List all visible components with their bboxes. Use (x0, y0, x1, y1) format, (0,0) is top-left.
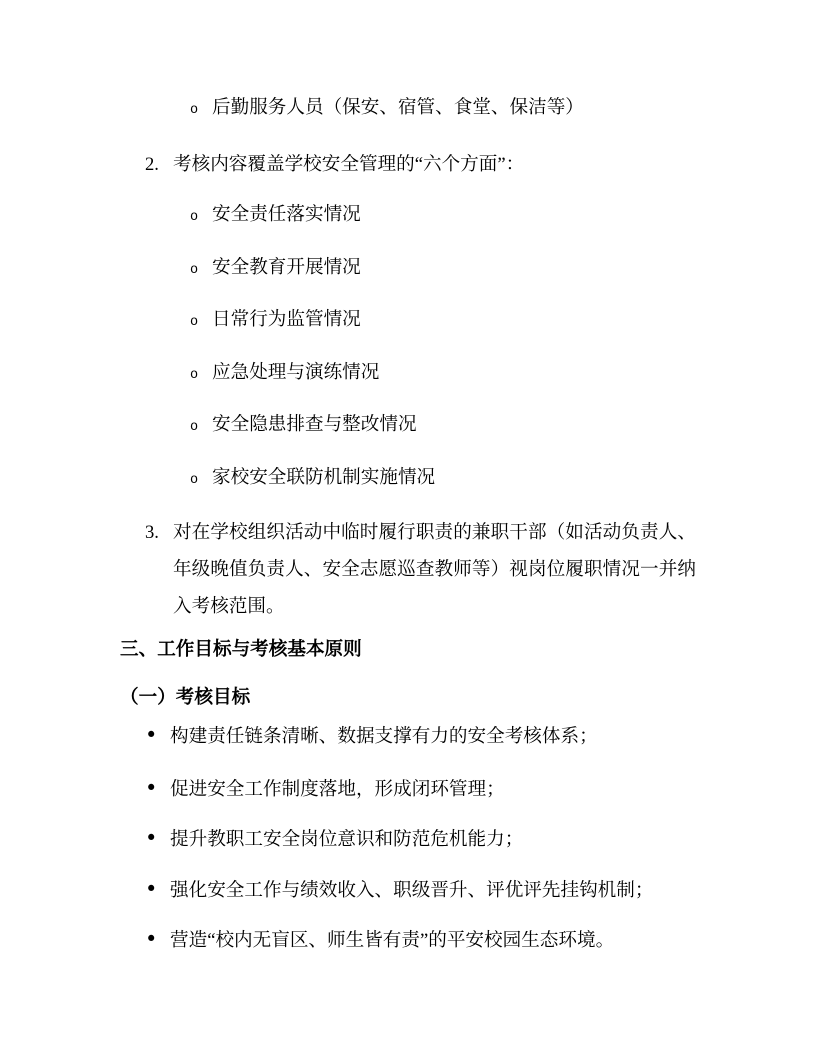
goal-item-text: 提升教职工安全岗位意识和防范危机能力； (170, 821, 696, 858)
circle-bullet-icon: o (190, 92, 212, 129)
goal-item-text: 促进安全工作制度落地，形成闭环管理； (170, 771, 696, 808)
goal-item-text: 强化安全工作与绩效收入、职级晋升、评优评先挂钩机制； (170, 872, 696, 909)
circle-bullet-icon: o (190, 409, 212, 446)
disc-bullet-icon: • (145, 770, 170, 807)
goal-item-text: 营造“校内无盲区、师生皆有责”的平安校园生态环境。 (170, 922, 696, 959)
list-item-text: 安全责任落实情况 (212, 196, 696, 233)
goal-item-4: • 强化安全工作与绩效收入、职级晋升、评优评先挂钩机制； (120, 871, 696, 909)
disc-bullet-icon: • (145, 820, 170, 857)
circle-bullet-icon: o (190, 199, 212, 236)
list-item-text: 日常行为监管情况 (212, 301, 696, 338)
list-item-text: 应急处理与演练情况 (212, 354, 696, 391)
list-item-aspect-1: o 安全责任落实情况 (120, 196, 696, 236)
circle-bullet-icon: o (190, 462, 212, 499)
numbered-item-text: 考核内容覆盖学校安全管理的“六个方面”： (173, 146, 696, 183)
circle-bullet-icon: o (190, 304, 212, 341)
list-number: 2. (145, 146, 173, 183)
list-item-text: 家校安全联防机制实施情况 (212, 459, 696, 496)
goal-item-2: • 促进安全工作制度落地，形成闭环管理； (120, 770, 696, 808)
goal-item-5: • 营造“校内无盲区、师生皆有责”的平安校园生态环境。 (120, 921, 696, 959)
list-item-logistics-staff: o 后勤服务人员（保安、宿管、食堂、保洁等） (120, 89, 696, 129)
list-number: 3. (145, 514, 173, 551)
list-item-aspect-6: o 家校安全联防机制实施情况 (120, 459, 696, 499)
list-item-aspect-5: o 安全隐患排查与整改情况 (120, 406, 696, 446)
disc-bullet-icon: • (145, 871, 170, 908)
numbered-item-text: 对在学校组织活动中临时履行职责的兼职干部（如活动负责人、年级晚值负责人、安全志愿… (173, 514, 696, 625)
list-item-aspect-3: o 日常行为监管情况 (120, 301, 696, 341)
circle-bullet-icon: o (190, 357, 212, 394)
numbered-item-2: 2. 考核内容覆盖学校安全管理的“六个方面”： (120, 146, 696, 183)
goal-item-1: • 构建责任链条清晰、数据支撑有力的安全考核体系； (120, 717, 696, 755)
disc-bullet-icon: • (145, 921, 170, 958)
list-item-aspect-4: o 应急处理与演练情况 (120, 354, 696, 394)
list-item-text: 后勤服务人员（保安、宿管、食堂、保洁等） (212, 89, 696, 126)
document-page[interactable]: o 后勤服务人员（保安、宿管、食堂、保洁等） 2. 考核内容覆盖学校安全管理的“… (0, 0, 816, 1056)
list-item-aspect-2: o 安全教育开展情况 (120, 249, 696, 289)
subsection-heading: （一）考核目标 (120, 679, 696, 716)
goal-item-3: • 提升教职工安全岗位意识和防范危机能力； (120, 820, 696, 858)
list-item-text: 安全教育开展情况 (212, 249, 696, 286)
section-heading: 三、工作目标与考核基本原则 (120, 631, 696, 668)
circle-bullet-icon: o (190, 252, 212, 289)
disc-bullet-icon: • (145, 717, 170, 754)
numbered-item-3: 3. 对在学校组织活动中临时履行职责的兼职干部（如活动负责人、年级晚值负责人、安… (120, 514, 696, 625)
goal-item-text: 构建责任链条清晰、数据支撑有力的安全考核体系； (170, 718, 696, 755)
list-item-text: 安全隐患排查与整改情况 (212, 406, 696, 443)
